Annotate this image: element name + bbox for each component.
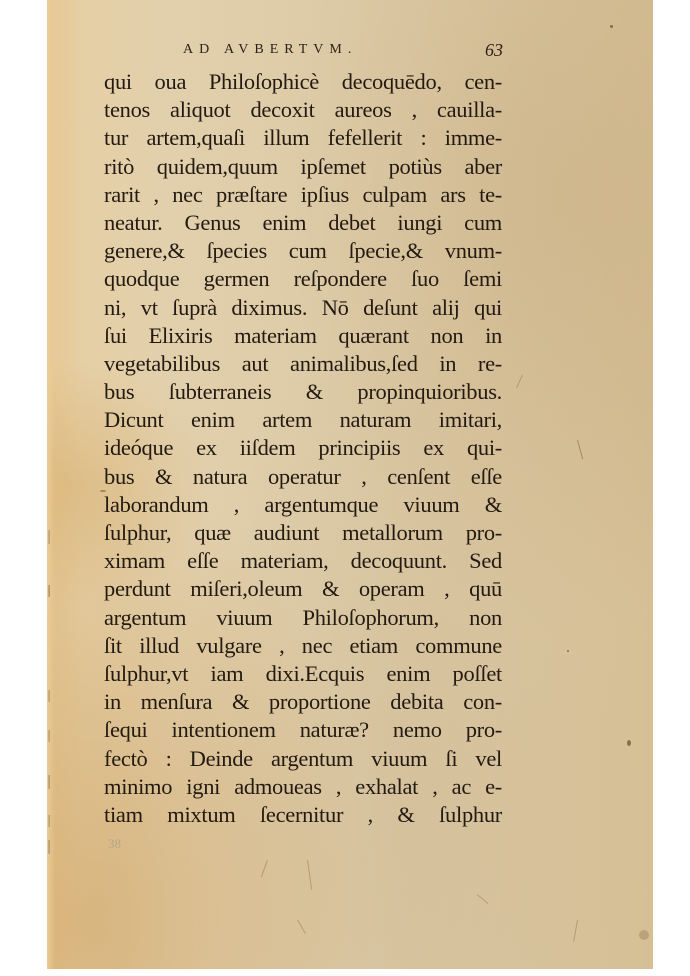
text-line: ſit illud vulgare , nec etiam commune bbox=[104, 632, 502, 660]
paper-fiber bbox=[573, 920, 578, 942]
paper-fiber bbox=[577, 440, 583, 460]
text-line: perdunt miſeri,oleum & operam , quū bbox=[104, 575, 502, 603]
text-line: fectò : Deinde argentum viuum ſi vel bbox=[104, 745, 502, 773]
paper-fiber bbox=[297, 920, 306, 934]
text-line: ni, vt ſuprà diximus. Nō deſunt alij qui bbox=[104, 294, 502, 322]
text-line: quodque germen reſpondere ſuo ſemi bbox=[104, 265, 502, 293]
paper-fiber bbox=[477, 894, 488, 904]
paper-speck bbox=[567, 650, 569, 652]
paper-speck bbox=[627, 740, 631, 746]
margin-mark bbox=[48, 690, 50, 702]
text-line: laborandum , argentumque viuum & bbox=[104, 491, 502, 519]
text-line: tiam mixtum ſecernitur , & ſulphur bbox=[104, 801, 502, 829]
text-line: argentum viuum Philoſophorum, non bbox=[104, 604, 502, 632]
text-line: minimo igni admoueas , exhalat , ac e- bbox=[104, 773, 502, 801]
text-line: genere,& ſpecies cum ſpecie,& vnum- bbox=[104, 237, 502, 265]
paper-fiber bbox=[516, 375, 523, 388]
text-line: ſulphur,vt iam dixi.Ecquis enim poſſet bbox=[104, 660, 502, 688]
paper-speck bbox=[639, 930, 649, 940]
margin-mark bbox=[48, 585, 50, 597]
text-line: in menſura & proportione debita con- bbox=[104, 688, 502, 716]
text-line: ſui Elixiris materiam quærant non in bbox=[104, 322, 502, 350]
margin-mark bbox=[48, 775, 50, 789]
margin-mark bbox=[48, 815, 50, 827]
text-line: ſulphur, quæ audiunt metallorum pro- bbox=[104, 519, 502, 547]
text-line: neatur. Genus enim debet iungi cum bbox=[104, 209, 502, 237]
margin-mark bbox=[48, 730, 50, 742]
text-line: tenos aliquot decoxit aureos , cauilla- bbox=[104, 96, 502, 124]
running-head: AD AVBERTVM. bbox=[183, 42, 357, 58]
page-number: 63 bbox=[485, 40, 503, 61]
paper-fiber bbox=[307, 860, 312, 890]
text-line: ideóque ex iiſdem principiis ex qui- bbox=[104, 434, 502, 462]
text-line: qui oua Philoſophicè decoquēdo, cen- bbox=[104, 68, 502, 96]
text-line: Dicunt enim artem naturam imitari, bbox=[104, 406, 502, 434]
signature-mark: 38 bbox=[108, 836, 121, 852]
text-line: bus & natura operatur , cenſent eſſe bbox=[104, 463, 502, 491]
text-line: bus ſubterraneis & propinquioribus. bbox=[104, 378, 502, 406]
text-line: ritò quidem,quum ipſemet potiùs aber bbox=[104, 153, 502, 181]
text-line: tur artem,quaſi illum fefellerit : imme- bbox=[104, 124, 502, 152]
margin-mark bbox=[48, 530, 50, 544]
text-line: ſequi intentionem naturæ? nemo pro- bbox=[104, 716, 502, 744]
paper-speck bbox=[610, 25, 613, 28]
body-text: qui oua Philoſophicè decoquēdo, cen- ten… bbox=[104, 68, 502, 829]
text-line: rarit , nec præſtare ipſius culpam ars t… bbox=[104, 181, 502, 209]
paper-fiber bbox=[261, 860, 268, 877]
text-line: vegetabilibus aut animalibus,ſed in re- bbox=[104, 350, 502, 378]
margin-mark bbox=[48, 840, 50, 854]
text-line: ximam eſſe materiam, decoquunt. Sed bbox=[104, 547, 502, 575]
page-header: AD AVBERTVM. 63 bbox=[183, 42, 503, 64]
